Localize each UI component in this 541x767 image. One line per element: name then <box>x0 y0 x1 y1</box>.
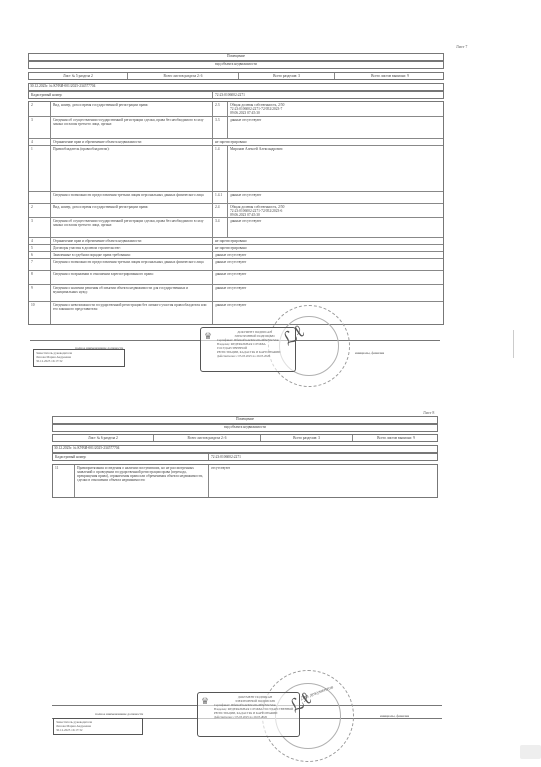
table-row: 2Вид, номер, дата и время государственно… <box>29 203 443 218</box>
table-row: 1Правообладатель (правообладатели):1.4Ми… <box>29 145 443 192</box>
object-title-text: Помещение <box>236 417 254 421</box>
row-number: 1 <box>29 146 50 192</box>
row-number: 3 <box>29 117 50 139</box>
total-extract-sheets: Всего листов выписки: 9 <box>352 435 438 441</box>
cadastral-value: 72:23:0106002:2271 <box>212 92 444 98</box>
row-number: 10 <box>29 302 50 325</box>
emblem-icon: ♛ <box>204 331 213 341</box>
row-label: Сведения о возражении в отношении зареги… <box>50 271 212 285</box>
row-number: 2 <box>29 204 50 218</box>
cadastral-row: Кадастровый номер: 72:23:0106002:2271 <box>28 91 444 99</box>
row-value: Общая долевая собственность, 2/50 72:23:… <box>227 204 444 218</box>
name-caption: инициалы, фамилия <box>380 714 409 718</box>
signer-block: Заместитель руководителя Лисова Мария Ан… <box>53 718 143 735</box>
row-label: Сведения о невозможности государственной… <box>50 302 212 325</box>
ecp-validity: Действителен: с 05.03.2025 по 29.05.2026 <box>217 354 292 358</box>
row-label: Вид, номер, дата и время государственной… <box>50 204 212 218</box>
row-label: Правопритязания и сведения о наличии пос… <box>74 465 208 498</box>
object-title-text: Помещение <box>227 54 245 58</box>
table-row: 9Сведения о наличии решения об изъятии о… <box>29 284 443 302</box>
row-value: Миронов Алексей Александрович <box>227 146 444 192</box>
row-subnumber: 3.4 <box>212 218 227 238</box>
object-subtitle: вид объекта недвижимости <box>52 424 438 432</box>
total-sections: Всего разделов: 3 <box>238 73 334 79</box>
scan-artifact <box>520 745 541 759</box>
object-subtitle-text: вид объекта недвижимости <box>215 62 257 66</box>
sheet-page-7: Лист 7 Помещение вид объекта недвижимост… <box>0 0 541 390</box>
row-subnumber: 2.4 <box>212 204 227 218</box>
object-title: Помещение <box>52 416 438 424</box>
row-label: Сведения об осуществлении государственно… <box>50 218 212 238</box>
table-row: 8Сведения о возражении в отношении зарег… <box>29 270 443 285</box>
object-title: Помещение <box>28 53 444 61</box>
table-row: 2Вид, номер, дата и время государственно… <box>29 102 443 116</box>
scan-artifact <box>513 330 514 358</box>
cadastral-label: Кадастровый номер: <box>29 92 212 98</box>
emblem-icon: ♛ <box>201 696 210 706</box>
row-value: отсутствуют <box>208 465 438 498</box>
registration-number: 30.12.2025г. № КУВИ-001/2025-234577704 <box>54 446 119 450</box>
total-section-sheets: Всего листов раздела 2: 6 <box>127 73 238 79</box>
table-row: 10Сведения о невозможности государственн… <box>29 301 443 325</box>
registration-line: 30.12.2025г. № КУВИ-001/2025-234577704 <box>52 445 438 453</box>
table-row: 11Правопритязания и сведения о наличии п… <box>53 465 437 498</box>
row-label: Сведения об осуществлении государственно… <box>50 117 212 139</box>
cadastral-row: Кадастровый номер: 72:23:0106002:2271 <box>52 453 438 461</box>
claims-table: 11Правопритязания и сведения о наличии п… <box>52 464 438 498</box>
registration-line: 30.12.2025г. № КУВИ-001/2025-234577704 <box>28 83 444 91</box>
row-label: Правообладатель (правообладатели): <box>50 146 212 192</box>
page-label: Лист 8 <box>423 410 434 415</box>
row-value: данные отсутствуют <box>212 285 444 302</box>
registration-number: 30.12.2025г. № КУВИ-001/2025-234577704 <box>30 84 95 88</box>
row-number: 11 <box>53 465 74 498</box>
page-label: Лист 7 <box>456 44 467 49</box>
electronic-signature-stamp: ♛ ДОКУМЕНТ ПОДПИСАН ЭЛЕКТРОННОЙ ПОДПИСЬЮ… <box>197 692 300 737</box>
total-section-sheets: Всего листов раздела 2: 6 <box>153 435 260 441</box>
table-row: 3Сведения об осуществлении государственн… <box>29 116 443 139</box>
row-number: 3 <box>29 218 50 238</box>
row-subnumber: 2.3 <box>212 102 227 116</box>
row-label: Вид, номер, дата и время государственной… <box>50 102 212 116</box>
info-bar: Лист № 5 раздела 2 Всего листов раздела … <box>28 72 444 80</box>
cadastral-value: 72:23:0106002:2271 <box>208 454 438 460</box>
row-label: Сведения о наличии решения об изъятии об… <box>50 285 212 302</box>
row-number: 8 <box>29 271 50 285</box>
row-subnumber: 3.3 <box>212 117 227 139</box>
ecp-validity: Действителен: с 05.03.2025 по 29.05.2026 <box>214 715 296 719</box>
row-number: 2 <box>29 102 50 116</box>
total-extract-sheets: Всего листов выписки: 9 <box>334 73 444 79</box>
row-value: Общая долевая собственность, 2/50 72:23:… <box>227 102 444 116</box>
signer-block: Заместитель руководителя Лисова Мария Ан… <box>33 349 125 367</box>
sheet-section: Лист № 6 раздела 2 <box>53 435 153 441</box>
ecp-owner: Владелец: ФЕДЕРАЛЬНАЯ СЛУЖБА ГОСУДАРСТВЕ… <box>217 342 292 350</box>
table-row: 3Сведения об осуществлении государственн… <box>29 217 443 238</box>
total-sections: Всего разделов: 3 <box>260 435 352 441</box>
info-bar: Лист № 6 раздела 2 Всего листов раздела … <box>52 434 438 442</box>
sheet-page-8: Лист 8 Помещение вид объекта недвижимост… <box>0 400 541 767</box>
object-subtitle-text: вид объекта недвижимости <box>224 425 266 429</box>
rights-table: 2Вид, номер, дата и время государственно… <box>28 101 444 325</box>
signer-datetime: 30.12.2025 16:17:32 <box>56 728 140 732</box>
name-caption: инициалы, фамилия <box>355 351 384 355</box>
object-subtitle: вид объекта недвижимости <box>28 61 444 69</box>
signer-datetime: 30.12.2025 16:17:32 <box>36 359 122 363</box>
sheet-section: Лист № 5 раздела 2 <box>29 73 127 79</box>
position-caption: полное наименование должности <box>95 712 143 716</box>
row-value: данные отсутствуют <box>227 117 444 139</box>
row-value: данные отсутствуют <box>212 271 444 285</box>
row-subnumber: 1.4 <box>212 146 227 192</box>
cadastral-label: Кадастровый номер: <box>53 454 208 460</box>
row-value: данные отсутствуют <box>227 218 444 238</box>
row-number: 9 <box>29 285 50 302</box>
